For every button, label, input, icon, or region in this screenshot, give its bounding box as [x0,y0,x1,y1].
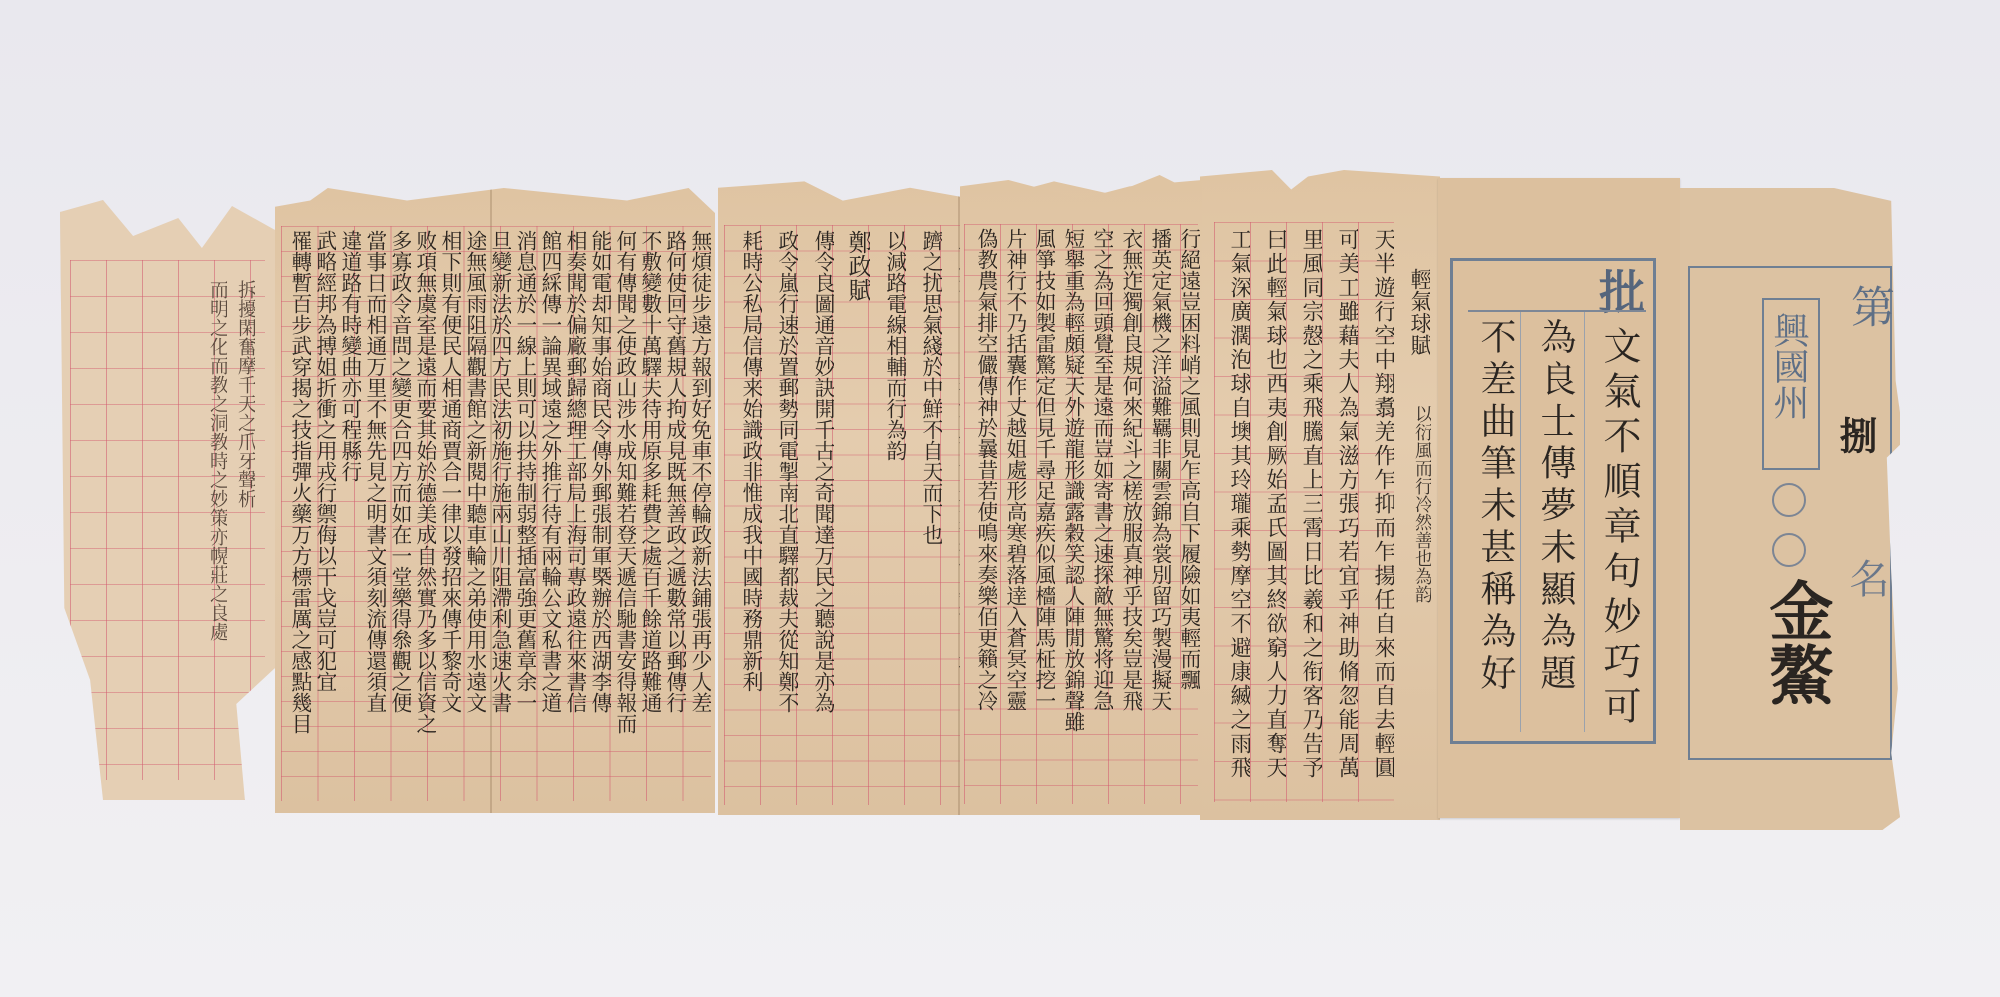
region-name: 興國州 [1770,312,1806,420]
text-column: 工氣深廣濶泡球自墺其玲瓏乘勢摩空不避康縅之雨飛 [1214,228,1250,803]
text-column: 躋之扰思氣綫於中鮮不自天而下也 [906,230,942,805]
text-column: 傳令良圖通音妙訣開千古之奇聞達万民之聽說是亦為 [798,230,834,805]
text-column: 播英定氣機之洋溢難羈非關雲錦為裳別留巧製漫擬天 [1142,228,1171,803]
text-column: 可美工雖藉夫人為氣滋方張巧若宜乎神助脩忽能周萬 [1322,228,1358,803]
text-column: 行絕遠豈困料峭之風則見乍高自下履險如夷輕而飄 [1171,228,1200,803]
region-char: 國 [1768,348,1809,384]
text-column: 館四綵傳一論異域遠之外推行待有兩輪公文私書之道 [536,230,561,800]
grade-comment-line-1: 文氣不順章句妙巧可 [1592,326,1647,731]
seq-label: 第 [1836,284,1900,328]
text-column: 無煩徒步遠方報到好免車不停輪政新法鋪張再少人差 [686,230,711,800]
text-column: 罹轉暫百步武穿揭之技指彈火藥万方標雷厲之感點幾目 [286,230,311,800]
text-column: 路何使回守舊規人拘成見既無善政之遞數常以郵傳行 [661,230,686,800]
text-column: 曰此輕氣球也西夷創厥始孟氏圖其終欲窮人力直奪天 [1250,228,1286,803]
text-column: 拆擾閑奮摩千天之爪牙聲析 [227,280,255,760]
essay-columns-panel-3: 行絕遠豈困料峭之風則見乍高自下履險如夷輕而飄 播英定氣機之洋溢難羈非關雲錦為裳別… [968,228,1200,803]
text-column: 政令嵐行速於置郵勢同電掣南北直驛都裁夫從知鄭不 [762,230,798,805]
grade-comment-line-3: 不差曲筆未甚稱為好 [1470,318,1521,696]
text-column: 片神行不乃括囊作丈越姐處形高寒碧落逹入蒼冥空靈 [997,228,1026,803]
text-column: 败項無虞室是遠而要其始於德美成自然實乃多以信資之 [411,230,436,800]
seq-number: 捌 [1828,416,1883,454]
grade-sheet: 批 文氣不順章句妙巧可 為良士傳夢未顯為題 不差曲筆未甚稱為好 [1438,178,1680,818]
sheet-1: 無煩徒步遠方報到好免車不停輪政新法鋪張再少人差 路何使回守舊規人拘成見既無善政之… [275,188,715,813]
grade-divider [1468,310,1646,312]
text-column: 違道路有時變曲亦可程縣行 [336,230,361,800]
text-column: 短舉重為輕頗疑天外遊龍形識露穀笑認人陣閒放錦聲雖 [1055,228,1084,803]
text-column: 空之為回頭覺至是遠而豈如寄書之速探敵無驚将迎急 [1084,228,1113,803]
essay-columns-panel-1: 無煩徒步遠方報到好免車不停輪政新法鋪張再少人差 路何使回守舊規人拘成見既無善政之… [286,230,711,800]
text-column: 多寡政令音問之變更合四方而如在一堂樂得叅觀之便 [386,230,411,800]
name-label: 名 [1838,558,1895,598]
sheet-4-content: 輕氣球賦 以衍風而行冷然善也為韵 天半遊行空中翔翥羌作乍抑而乍揚任自來而自去輕圓… [1200,170,1440,820]
text-column: 而明之化而教之洞教時之妙策亦幌莊之良處 [199,280,227,760]
fragment-sheet: 拆擾閑奮摩千天之爪牙聲析 而明之化而教之洞教時之妙策亦幌莊之良處 [60,200,275,800]
text-column: 相奏聞於偏廠郵歸總理工部局上海司專政遠往來書信 [561,230,586,800]
text-column: 風箏技如製雷驚定但見千尋足嘉疾似風檣陣馬柾挖一 [1026,228,1055,803]
subtitle-rhyme: 以減路電線相輔而行為韵 [870,230,906,805]
text-column: 相下則有便民人相通商賈合一律以發招來傳千黎奇文 [436,230,461,800]
essay-rhyme-subtitle: 以衍風而行冷然善也為韵 [1405,405,1431,745]
seal-circle-icon [1772,483,1806,517]
region-char: 州 [1768,384,1809,420]
text-column: 能如電却知事始商民令傳外郵張制軍槩辦於西湖李傳 [586,230,611,800]
candidate-name: 金鰲 [1760,578,1830,706]
text-column: 旦變新法於四方民法初施行施兩山川阻滯利急速火書 [486,230,511,800]
text-column: 武略經邦為搏姐折衝之用戎行禦侮以干戈豈可犯宜 [311,230,336,800]
text-column: 偽教農氣排空儼傳神於曩昔若使鳴來奏樂佰更籟之冷 [968,228,997,803]
text-column: 消息通於一線上則可以扶持制弱整插富強更舊章余一 [511,230,536,800]
text-column: 里風同宗慤之乘飛騰直上三霄日比羲和之衔客乃告予 [1286,228,1322,803]
essay-title: 輕氣球賦 [1400,268,1430,408]
fragment-text: 拆擾閑奮摩千天之爪牙聲析 而明之化而教之洞教時之妙策亦幌莊之良處 [199,280,255,760]
text-column: 衣無迮獨創良規何來紀斗之槎放服真神乎技矣豈是飛 [1113,228,1142,803]
grade-divider-v [1584,312,1585,732]
grade-header: 批 [1586,268,1652,314]
text-column: 當事日而相通万里不無先見之明書文須刻流傳還須直 [361,230,386,800]
essay-title-2: 鄭政賦 [834,230,870,805]
grade-comment-line-2: 為良士傳夢未顯為題 [1530,318,1581,696]
text-column: 途無風雨阻隔觀書館之新閱中聽車輪之弟使用水遠文 [461,230,486,800]
essay-columns-panel-4: 天半遊行空中翔翥羌作乍抑而乍揚任自來而自去輕圓 可美工雖藉夫人為氣滋方張巧若宜乎… [1214,228,1394,803]
text-column: 耗時公私局信傳来始識政非惟成我中國時務鼎新利 [726,230,762,805]
region-char: 興 [1768,312,1809,348]
text-column: 何有傳聞之使政山涉水成知難若登天遞信馳書安得報而 [611,230,636,800]
cover-sheet: 第 捌 興國州 名 金鰲 [1680,188,1900,830]
seal-circle-icon [1772,533,1806,567]
text-column: 天半遊行空中翔翥羌作乍抑而乍揚任自來而自去輕圓 [1358,228,1394,803]
sheet-3b: 行絕遠豈困料峭之風則見乍高自下履險如夷輕而飄 播英定氣機之洋溢難羈非關雲錦為裳別… [960,180,1202,815]
text-column: 不敷變數十萬驛夫待用原多耗費之處百千餘道路難通 [636,230,661,800]
